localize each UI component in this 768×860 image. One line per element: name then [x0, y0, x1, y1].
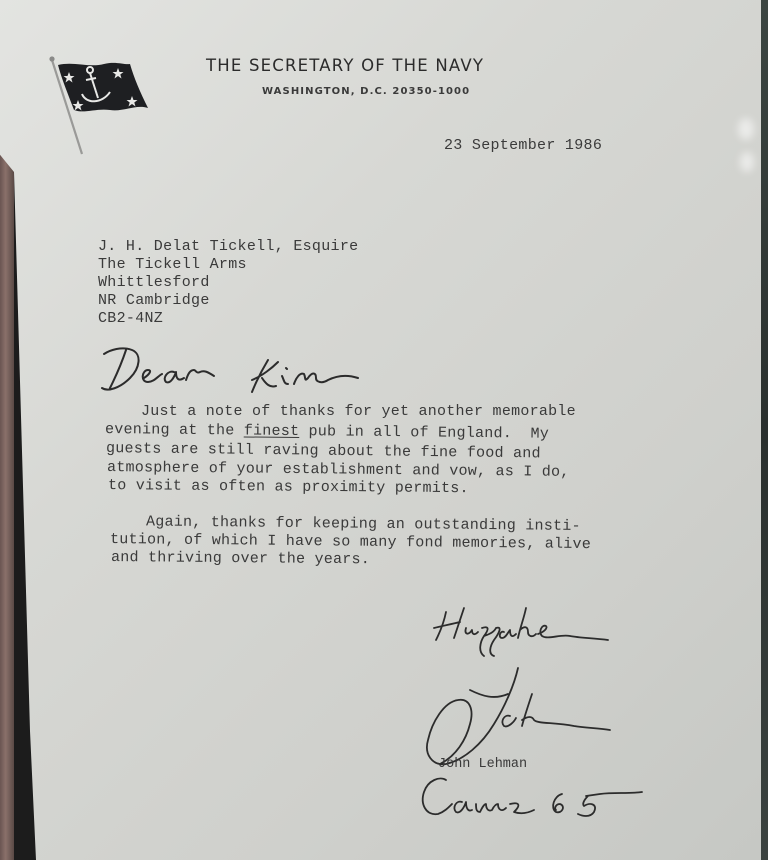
body-paragraph-1-line: evening at the finest pub in all of Engl…	[105, 421, 549, 443]
body-paragraph-1-line: to visit as often as proximity permits.	[108, 477, 469, 497]
letterhead-title: THE SECRETARY OF THE NAVY	[206, 56, 484, 75]
recipient-line: CB2-4NZ	[98, 310, 163, 327]
navy-flag-icon	[44, 52, 154, 162]
photo-glare	[738, 118, 754, 140]
recipient-line: The Tickell Arms	[98, 256, 247, 273]
body-text: pub in all of England. My	[299, 423, 549, 443]
recipient-line: NR Cambridge	[98, 292, 210, 309]
letter-paper: THE SECRETARY OF THE NAVY WASHINGTON, D.…	[0, 0, 761, 860]
recipient-line: J. H. Delat Tickell, Esquire	[98, 238, 358, 255]
body-paragraph-2-line: and thriving over the years.	[111, 549, 370, 568]
letterhead-address: WASHINGTON, D.C. 20350-1000	[262, 86, 470, 97]
letter-date: 23 September 1986	[444, 137, 602, 154]
handwritten-postscript: Caius 65	[418, 770, 648, 830]
underlined-word: finest	[244, 422, 300, 440]
handwritten-salutation: Dear Kim	[96, 338, 376, 398]
recipient-line: Whittlesford	[98, 274, 210, 291]
handwritten-closing: Huzzahs	[430, 604, 620, 664]
body-paragraph-1-line: Just a note of thanks for yet another me…	[104, 403, 576, 420]
photo-glare	[740, 152, 754, 172]
body-text: evening at the	[105, 421, 244, 439]
picture-frame-right-edge	[760, 0, 768, 860]
